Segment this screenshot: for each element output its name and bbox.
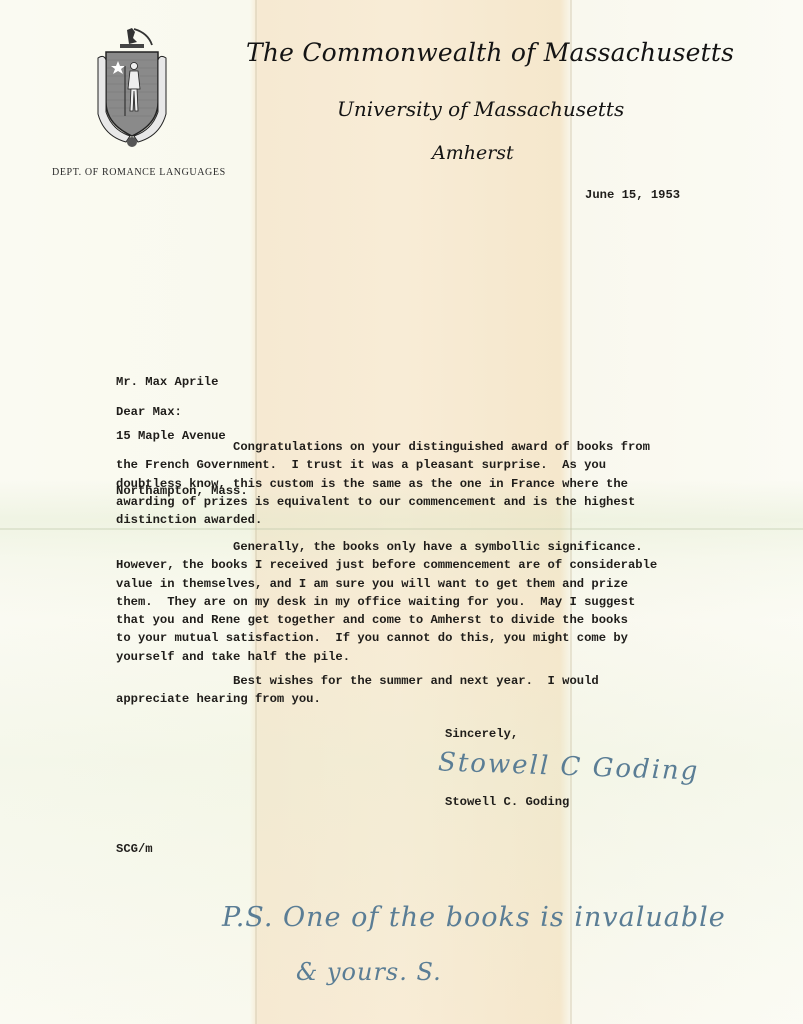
paragraph-line: doubtless know, this custom is the same … — [116, 475, 650, 493]
postscript-line-2: & yours. S. — [296, 958, 442, 986]
paragraph-line: Best wishes for the summer and next year… — [116, 672, 599, 690]
paragraph-line: Generally, the books only have a symboll… — [116, 538, 657, 556]
paragraph-line: distinction awarded. — [116, 511, 650, 529]
letter-date: June 15, 1953 — [585, 186, 680, 204]
paragraph-line: appreciate hearing from you. — [116, 690, 599, 708]
paragraph-line: that you and Rene get together and come … — [116, 611, 657, 629]
paragraph-line: yourself and take half the pile. — [116, 648, 657, 666]
closing: Sincerely, — [445, 725, 518, 743]
handwritten-signature: Stowell C Goding — [438, 747, 700, 786]
paragraph-line: them. They are on my desk in my office w… — [116, 593, 657, 611]
paragraph-line: Congratulations on your distinguished aw… — [116, 438, 650, 456]
massachusetts-seal-icon — [94, 26, 170, 152]
salutation: Dear Max: — [116, 403, 182, 421]
department-name: DEPT. OF ROMANCE LANGUAGES — [52, 167, 226, 178]
paragraph-line: the French Government. I trust it was a … — [116, 456, 650, 474]
postscript-line-1: P.S. One of the books is invaluable — [222, 902, 726, 933]
typed-signature-name: Stowell C. Goding — [445, 793, 569, 811]
paragraph-line: awarding of prizes is equivalent to our … — [116, 493, 650, 511]
paragraph-congratulations: Congratulations on your distinguished aw… — [116, 438, 650, 529]
letter-paper: DEPT. OF ROMANCE LANGUAGES The Commonwea… — [0, 0, 803, 1024]
letterhead-university: University of Massachusetts — [337, 97, 624, 121]
reference-initials: SCG/m — [116, 840, 153, 858]
letterhead-title: The Commonwealth of Massachusetts — [246, 38, 734, 67]
paragraph-books: Generally, the books only have a symboll… — [116, 538, 657, 666]
paragraph-line: However, the books I received just befor… — [116, 556, 657, 574]
letterhead-city: Amherst — [432, 142, 514, 164]
paragraph-line: to your mutual satisfaction. If you cann… — [116, 629, 657, 647]
recipient-name: Mr. Max Aprile — [116, 373, 248, 391]
paragraph-line: value in themselves, and I am sure you w… — [116, 575, 657, 593]
paragraph-best-wishes: Best wishes for the summer and next year… — [116, 672, 599, 709]
